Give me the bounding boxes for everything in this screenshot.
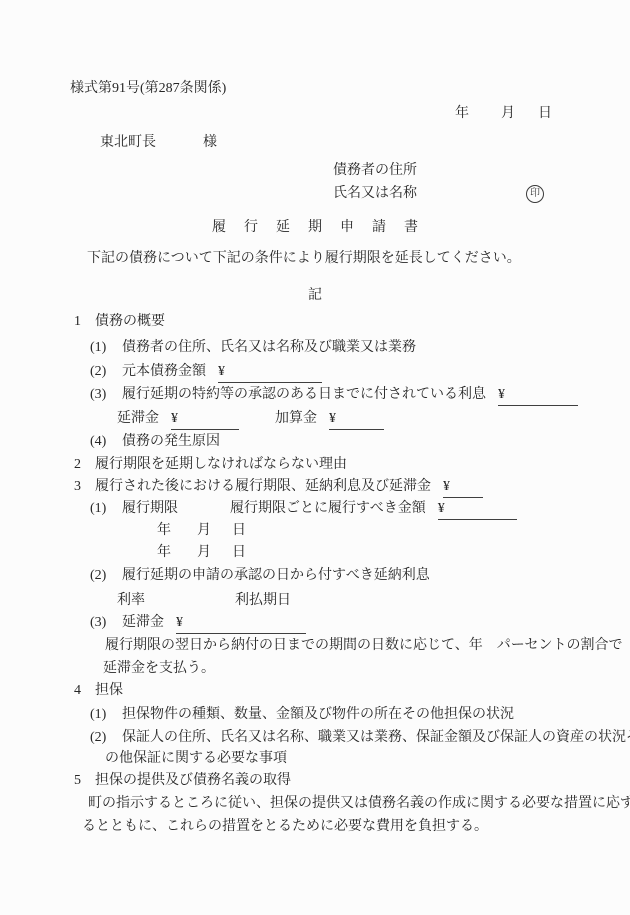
document-page: 様式第91号(第287条関係) 年月日 東北町長様 債務者の住所 氏名又は名称 … (0, 0, 630, 915)
item-5: 5担保の提供及び債務名義の取得 (74, 769, 291, 792)
item-1-1-number: (1) (90, 336, 122, 359)
principal-amount-field: ¥ (218, 362, 322, 383)
item-1-4-label: 債務の発生原因 (122, 434, 220, 449)
yen-sign: ¥ (438, 501, 445, 516)
deadline-date-row-2: 年月日 (157, 541, 246, 564)
date-year-label: 年 (455, 106, 469, 121)
item-2: 2履行期限を延期しなければならない理由 (74, 453, 347, 476)
item-3-1: (1)履行期限履行期限ごとに履行すべき金額¥ (90, 497, 517, 520)
date-day-label: 日 (538, 106, 552, 121)
item-2-number: 2 (74, 453, 95, 476)
year-label: 年 (157, 545, 171, 560)
item-4-number: 4 (74, 679, 95, 702)
amount-per-deadline-field: ¥ (438, 499, 517, 520)
item-4-2-number: (2) (90, 726, 122, 749)
item-1-1-label: 債務者の住所、氏名又は名称及び職業又は業務 (122, 340, 416, 355)
item-3: 3履行された後における履行期限、延納利息及び延滞金¥ (74, 475, 483, 498)
item-4: 4担保 (74, 679, 123, 702)
rate-line: 利率利払期日 (117, 589, 291, 612)
item-5-note-line-2: るとともに、これらの措置をとるために必要な費用を負担する。 (82, 815, 488, 838)
date-line: 年月日 (455, 102, 552, 125)
item-5-label: 担保の提供及び債務名義の取得 (95, 773, 291, 788)
item-3-3-note-line-1: 履行期限の翌日から納付の日までの期間の日数に応じて、年 パーセントの割合で (105, 634, 622, 657)
form-number: 様式第91号(第287条関係) (70, 77, 226, 100)
item-4-2-label: 保証人の住所、氏名又は名称、職業又は業務、保証金額及び保証人の資産の状況そ (122, 730, 630, 745)
item-3-label: 履行された後における履行期限、延納利息及び延滞金 (95, 479, 431, 494)
interest-rate-label: 利率 (117, 593, 145, 608)
debtor-name-label: 氏名又は名称 (333, 182, 417, 205)
performance-deadline-label: 履行期限 (122, 501, 178, 516)
delay-charge-label: 延滞金 (117, 411, 159, 426)
surcharge-label: 加算金 (275, 411, 317, 426)
yen-sign: ¥ (176, 615, 183, 630)
day-label: 日 (232, 545, 246, 560)
item-4-2-label-continued: の他保証に関する必要な事項 (105, 747, 287, 770)
date-month-label: 月 (501, 106, 515, 121)
item-1-2: (2)元本債務金額¥ (90, 360, 322, 383)
item-1-4-number: (4) (90, 430, 122, 453)
intro-text: 下記の債務について下記の条件により履行期限を延長してください。 (87, 247, 521, 270)
deadline-date-row-1: 年月日 (157, 519, 246, 542)
yen-sign: ¥ (329, 411, 336, 426)
item-2-label: 履行期限を延期しなければならない理由 (95, 457, 347, 472)
addressee-name: 東北町長 (100, 135, 156, 150)
item-1-3-sub: 延滞金¥加算金¥ (117, 407, 384, 430)
item-1-1: (1)債務者の住所、氏名又は名称及び職業又は業務 (90, 336, 416, 359)
amount-per-deadline-label: 履行期限ごとに履行すべき金額 (230, 501, 426, 516)
item-4-1-number: (1) (90, 703, 122, 726)
yen-sign: ¥ (498, 387, 505, 402)
item-3-1-number: (1) (90, 497, 122, 520)
year-label: 年 (157, 523, 171, 538)
addressee-honorific: 様 (203, 135, 217, 150)
addressee-line: 東北町長様 (100, 131, 217, 154)
surcharge-field: ¥ (329, 409, 384, 430)
item-1-2-number: (2) (90, 360, 122, 383)
item-3-number: 3 (74, 475, 95, 498)
item-1-4: (4)債務の発生原因 (90, 430, 220, 453)
item-3-3-number: (3) (90, 611, 122, 634)
item-1-label: 債務の概要 (95, 314, 165, 329)
delay-charge-field: ¥ (171, 409, 239, 430)
seal-icon: 印 (526, 185, 544, 203)
month-label: 月 (197, 545, 211, 560)
item-5-note-line-1: 町の指示するところに従い、担保の提供又は債務名義の作成に関する必要な措置に応ず (88, 792, 630, 815)
interest-pay-date-label: 利払期日 (235, 593, 291, 608)
item-1: 1債務の概要 (74, 310, 165, 333)
interest-amount-field: ¥ (498, 385, 578, 406)
item-3-2: (2)履行延期の申請の承認の日から付すべき延納利息 (90, 564, 430, 587)
item-3-2-label: 履行延期の申請の承認の日から付すべき延納利息 (122, 568, 430, 583)
item-3-2-number: (2) (90, 564, 122, 587)
item-1-3-label: 履行延期の特約等の承認のある日までに付されている利息 (122, 387, 486, 402)
item-4-label: 担保 (95, 683, 123, 698)
item-1-2-label: 元本債務金額 (122, 364, 206, 379)
ki-heading: 記 (0, 284, 630, 307)
yen-sign: ¥ (443, 479, 450, 494)
item-4-1: (1)担保物件の種類、数量、金額及び物件の所在その他担保の状況 (90, 703, 514, 726)
item-3-3-label: 延滞金 (122, 615, 164, 630)
item-1-3-number: (3) (90, 383, 122, 406)
item-3-3: (3)延滞金¥ (90, 611, 306, 634)
yen-sign: ¥ (171, 411, 178, 426)
month-label: 月 (197, 523, 211, 538)
item-1-3: (3)履行延期の特約等の承認のある日までに付されている利息¥ (90, 383, 578, 406)
item-3-amount-field: ¥ (443, 477, 483, 498)
item-5-number: 5 (74, 769, 95, 792)
item-1-number: 1 (74, 310, 95, 333)
yen-sign: ¥ (218, 364, 225, 379)
item-3-3-note-line-2: 延滞金を支払う。 (103, 657, 215, 680)
day-label: 日 (232, 523, 246, 538)
delay-charge-amount-field: ¥ (176, 613, 306, 634)
page-title: 履行延期申請書 (0, 216, 630, 239)
item-4-1-label: 担保物件の種類、数量、金額及び物件の所在その他担保の状況 (122, 707, 514, 722)
debtor-address-label: 債務者の住所 (333, 159, 417, 182)
item-4-2: (2)保証人の住所、氏名又は名称、職業又は業務、保証金額及び保証人の資産の状況そ (90, 726, 630, 749)
